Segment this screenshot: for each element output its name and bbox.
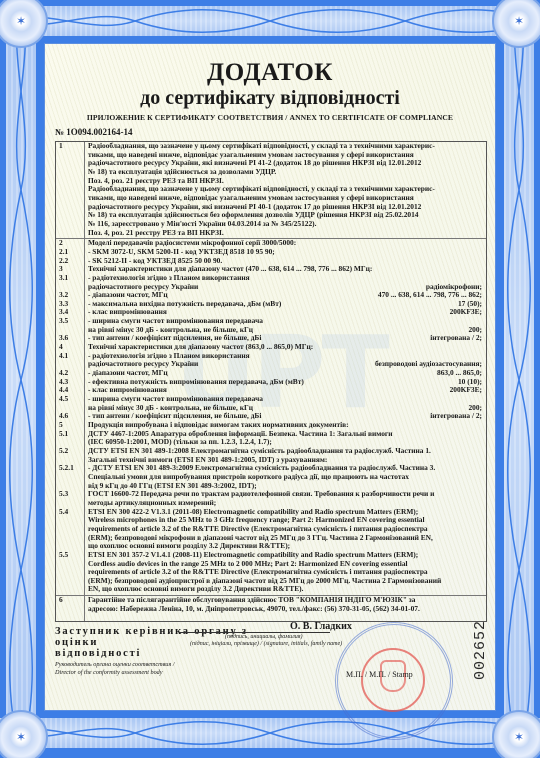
clause-number xyxy=(56,473,84,482)
clause-number xyxy=(56,185,84,194)
rosette-ornament-icon xyxy=(492,0,540,48)
clause-number xyxy=(56,534,84,543)
rosette-ornament-icon xyxy=(492,710,540,758)
clause-value xyxy=(476,185,482,194)
stamp-label: М.П. / М.П. / Stamp xyxy=(346,670,413,679)
table-row: EN, що охоплює основні вимоги розділу 3.… xyxy=(56,585,486,594)
clause-value xyxy=(476,525,482,534)
clause-value xyxy=(476,159,482,168)
clause-number: 5.4 xyxy=(56,508,84,517)
clause-number xyxy=(56,220,84,229)
clause-number: 1 xyxy=(56,142,84,151)
clause-value xyxy=(476,168,482,177)
signature-line xyxy=(180,632,330,633)
clause-number: 5.3 xyxy=(56,490,84,499)
clause-value xyxy=(476,343,482,352)
clause-value xyxy=(476,596,482,605)
clause-value xyxy=(476,151,482,160)
clause-value xyxy=(476,257,482,266)
clause-number: 6 xyxy=(56,596,84,605)
table-row: Поз. 4, роз. 21 реєстру РЕЗ та ВП НКРЗІ. xyxy=(56,229,486,238)
clause-value xyxy=(476,194,482,203)
annex-heading: ПРИЛОЖЕНИЕ К СЕРТИФИКАТУ СООТВЕТСТВИЯ / … xyxy=(45,113,495,122)
clause-value xyxy=(476,430,482,439)
signature-caption: (підпис, ініціали, прізвище) / (signatur… xyxy=(190,641,342,647)
clause-value xyxy=(476,447,482,456)
clause-number: 3.1 xyxy=(56,274,84,283)
clause-value xyxy=(476,211,482,220)
clause-number: 5.1 xyxy=(56,430,84,439)
clause-number xyxy=(56,159,84,168)
clause-number xyxy=(56,568,84,577)
clause-text: EN, що охоплює основні вимоги розділу 3.… xyxy=(88,585,303,594)
clause-value: інтегрована / 2; xyxy=(424,412,482,421)
clause-value xyxy=(476,456,482,465)
specification-table: 1Радіообладнання, що зазначене у цьому с… xyxy=(55,141,487,622)
ornamental-band-bottom xyxy=(0,718,540,748)
clause-value xyxy=(476,577,482,586)
clause-value xyxy=(476,568,482,577)
certificate-number: № 1О094.002164-14 xyxy=(55,127,133,137)
clause-value xyxy=(476,265,482,274)
clause-value xyxy=(476,490,482,499)
signatory-title-en: Director of the conformity assessment bo… xyxy=(55,669,255,677)
clause-number: 5.2.1 xyxy=(56,464,84,473)
clause-value xyxy=(476,560,482,569)
clause-value xyxy=(476,239,482,248)
clause-value xyxy=(476,473,482,482)
clause-value xyxy=(476,229,482,238)
clause-value xyxy=(476,508,482,517)
clause-value xyxy=(476,551,482,560)
clause-number xyxy=(56,605,84,614)
clause-value xyxy=(476,534,482,543)
clause-value xyxy=(476,220,482,229)
clause-value: 200KF3E; xyxy=(444,386,482,395)
signatory-name: О. В. Гладких xyxy=(290,621,352,632)
signatory-title-line2: відповідності xyxy=(55,648,255,659)
ornamental-band-left xyxy=(6,0,36,758)
clause-value xyxy=(476,421,482,430)
rosette-ornament-icon xyxy=(0,0,48,48)
clause-content: EN, що охоплює основні вимоги розділу 3.… xyxy=(84,585,486,594)
clause-number xyxy=(56,194,84,203)
clause-content: Поз. 4, роз. 21 реєстру РЕЗ та ВП НКРЗІ. xyxy=(84,229,486,238)
clause-value: 200KF3E; xyxy=(444,308,482,317)
clause-value xyxy=(476,605,482,614)
clause-value: інтегрована / 2; xyxy=(424,334,482,343)
clause-number: 5.2 xyxy=(56,447,84,456)
clause-value xyxy=(476,499,482,508)
clause-number xyxy=(56,577,84,586)
clause-value xyxy=(476,542,482,551)
clause-value xyxy=(476,585,482,594)
clause-text: Поз. 4, роз. 21 реєстру РЕЗ та ВП НКРЗІ. xyxy=(88,229,224,238)
clause-number: 5.5 xyxy=(56,551,84,560)
clause-number xyxy=(56,177,84,186)
clause-number xyxy=(56,168,84,177)
clause-number xyxy=(56,585,84,594)
clause-number xyxy=(56,525,84,534)
clause-value xyxy=(476,177,482,186)
certificate-page: UPT ДОДАТОК до сертифікату відповідності… xyxy=(44,43,496,711)
clause-value xyxy=(476,248,482,257)
clause-value xyxy=(476,203,482,212)
signatory-title-ru: Руководитель органа оценки соответствия … xyxy=(55,661,255,669)
clause-text: адресою: Набережна Леніна, 10, м. Дніпро… xyxy=(88,605,420,614)
clause-value xyxy=(476,482,482,491)
clause-value xyxy=(476,142,482,151)
clause-number xyxy=(56,203,84,212)
clause-number xyxy=(56,151,84,160)
document-subtitle: до сертифікату відповідності xyxy=(45,87,495,110)
rosette-ornament-icon xyxy=(0,710,48,758)
document-title: ДОДАТОК xyxy=(45,59,495,87)
signature-caption-ru: (подпись, инициалы, фамилия) xyxy=(225,634,303,640)
ornamental-band-top xyxy=(0,6,540,36)
clause-number: 3.5 xyxy=(56,317,84,326)
table-row: адресою: Набережна Леніна, 10, м. Дніпро… xyxy=(56,605,486,614)
clause-number xyxy=(56,229,84,238)
clause-number xyxy=(56,560,84,569)
clause-value xyxy=(476,464,482,473)
clause-number xyxy=(56,516,84,525)
clause-number xyxy=(56,211,84,220)
clause-number: 4.5 xyxy=(56,395,84,404)
clause-number: 4.1 xyxy=(56,352,84,361)
serial-number: 002652 xyxy=(472,620,489,680)
clause-value xyxy=(476,438,482,447)
clause-content: адресою: Набережна Леніна, 10, м. Дніпро… xyxy=(84,605,486,614)
clause-value xyxy=(476,516,482,525)
ornamental-band-right xyxy=(504,0,534,758)
